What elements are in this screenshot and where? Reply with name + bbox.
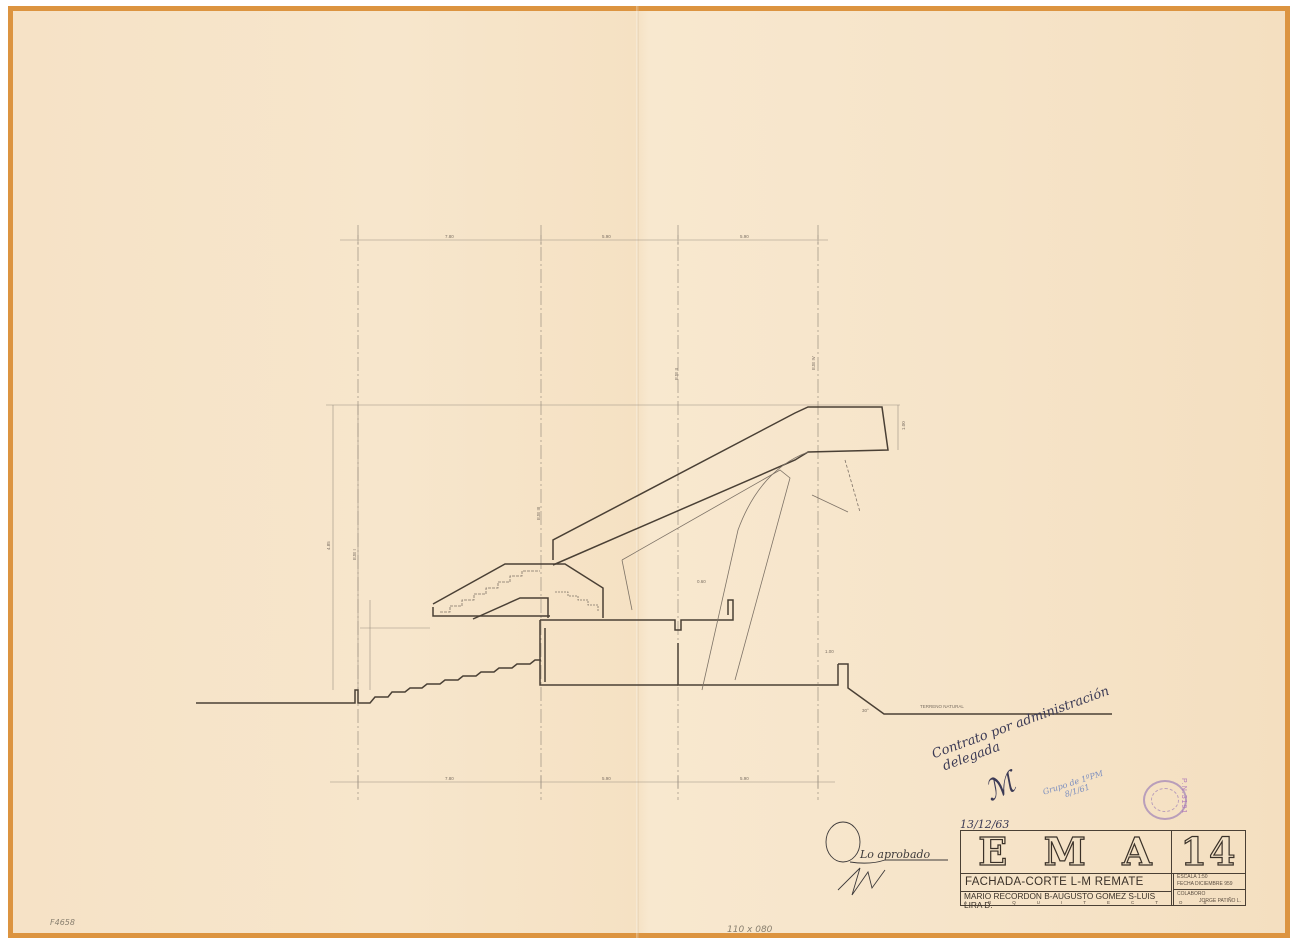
collaborator-label: COLABORO	[1177, 891, 1245, 898]
title-block-header: E M A 14	[961, 831, 1245, 874]
archive-code: F4658	[50, 918, 75, 927]
approval-note: Lo aprobado	[860, 848, 930, 861]
architects-names: MARIO RECORDON B-AUGUSTO GOMEZ S-LUIS LI…	[961, 891, 1171, 900]
date-label: FECHA DICIEMBRE 959	[1177, 881, 1245, 888]
collaborator-name: JORGE PATIÑO L.	[1177, 898, 1245, 905]
code-letter-m: M	[1044, 831, 1088, 873]
code-letter-e: E	[978, 831, 1009, 873]
drawing-title: FACHADA-CORTE L-M REMATE	[965, 876, 1144, 888]
project-code: E M A	[961, 831, 1172, 873]
scale-label: ESCALA 1:50	[1177, 874, 1245, 881]
code-letter-a: A	[1122, 831, 1153, 873]
approval-signature	[0, 0, 1300, 947]
title-block-meta: ESCALA 1:50 FECHA DICIEMBRE 959 COLABORO…	[1173, 874, 1245, 905]
sheet-number: 14	[1173, 831, 1245, 873]
sheet-size-note: 110 x 080	[727, 925, 772, 935]
title-block: E M A 14 FACHADA-CORTE L-M REMATE MARIO …	[960, 830, 1246, 906]
